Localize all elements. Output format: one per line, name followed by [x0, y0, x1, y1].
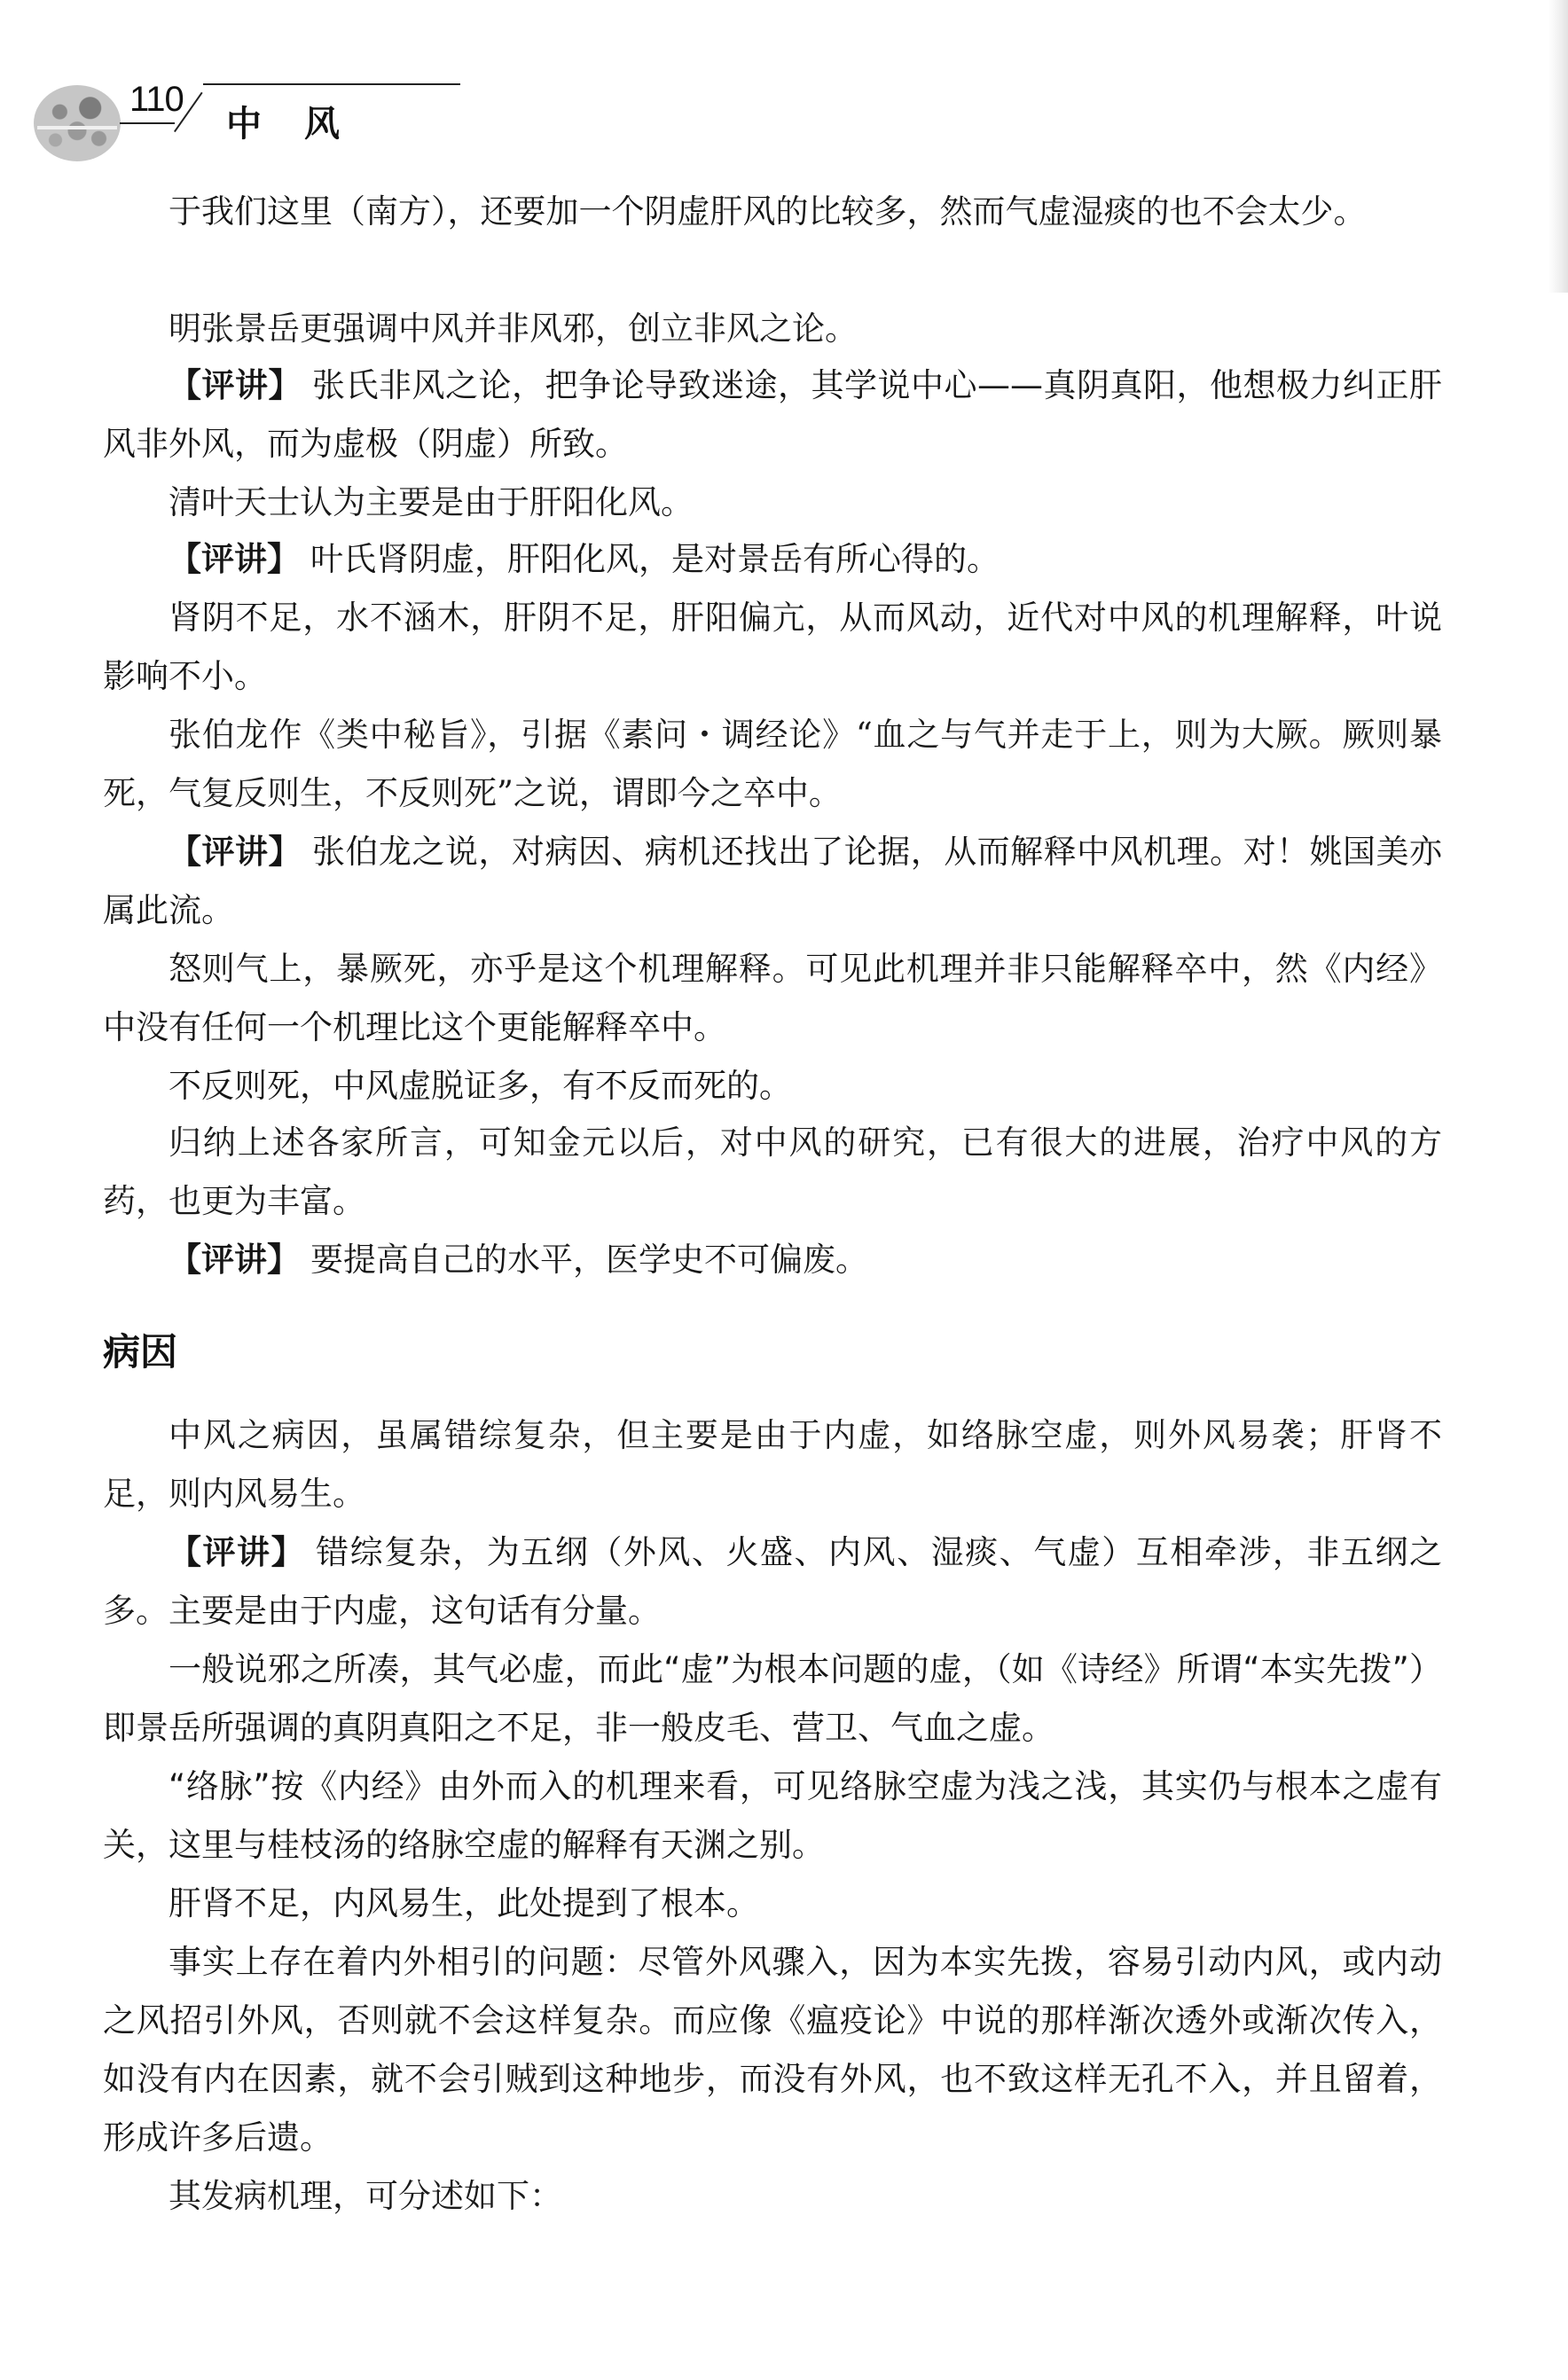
chapter-title: 中风 [226, 105, 382, 144]
quoted-paragraph: 张伯龙作《类中秘旨》，引据《素问・调经论》“血之与气并走于上，则为大厥。厥则暴死… [103, 706, 1442, 823]
paragraph: 不反则死，中风虚脱证多，有不反而死的。 [103, 1057, 1442, 1116]
paragraph-text: 要提高自己的水平，医学史不可偏废。 [310, 1241, 868, 1279]
paragraph-text: 于我们这里（南方），还要加一个阴虚肝风的比较多，然而气虚湿痰的也不会太少。 [169, 192, 1367, 231]
commentary-tag: 【评讲】 [169, 540, 300, 578]
paragraph-text: 事实上存在着内外相引的问题：尽管外风骤入，因为本实先拨，容易引动内风，或内动之风… [103, 1943, 1442, 2157]
paragraph: 事实上存在着内外相引的问题：尽管外风骤入，因为本实先拨，容易引动内风，或内动之风… [103, 1933, 1442, 2167]
page-edge-shadow [1548, 0, 1568, 293]
paragraph-text: 张伯龙作《类中秘旨》，引据《素问・调经论》“血之与气并走于上，则为大厥。厥则暴死… [103, 716, 1442, 812]
page-number: 110 [129, 82, 184, 117]
paragraph: 肝肾不足，内风易生，此处提到了根本。 [103, 1875, 1442, 1933]
paragraph-text: “络脉”按《内经》由外而入的机理来看，可见络脉空虚为浅之浅，其实仍与根本之虚有关… [103, 1767, 1442, 1864]
paragraph-text: 明张景岳更强调中风并非风邪，创立非风之论。 [169, 309, 858, 348]
commentary-tag: 【评讲】 [169, 833, 302, 871]
paragraph: 怒则气上，暴厥死，亦乎是这个机理解释。可见此机理并非只能解释卒中，然《内经》中没… [103, 940, 1442, 1057]
quoted-paragraph: 清叶天士认为主要是由于肝阳化风。 [103, 474, 1442, 532]
landscape-emblem-icon [34, 85, 121, 161]
paragraph-text: 一般说邪之所凑，其气必虚，而此“虚”为根本问题的虚，（如《诗经》所谓“本实先拨”… [103, 1650, 1442, 1747]
paragraph-text: 肾阴不足，水不涵木，肝阴不足，肝阳偏亢，从而风动，近代对中风的机理解释，叶说影响… [103, 599, 1442, 695]
commentary-tag: 【评讲】 [169, 366, 302, 404]
commentary-tag: 【评讲】 [169, 1241, 300, 1279]
quoted-paragraph: 其发病机理，可分述如下： [103, 2167, 1442, 2226]
paragraph-text: 张氏非风之论，把争论导致迷途，其学说中心——真阴真阳，他想极力纠正肝风非外风，而… [103, 366, 1442, 463]
paragraph: 肾阴不足，水不涵木，肝阴不足，肝阳偏亢，从而风动，近代对中风的机理解释，叶说影响… [103, 589, 1442, 706]
running-header: 110 中风 [0, 0, 621, 177]
commentary-paragraph: 【评讲】张氏非风之论，把争论导致迷途，其学说中心——真阴真阳，他想极力纠正肝风非… [103, 356, 1442, 474]
paragraph-text: 其发病机理，可分述如下： [169, 2177, 562, 2215]
section-heading: 病因 [103, 1330, 177, 1374]
quoted-paragraph: 归纳上述各家所言，可知金元以后，对中风的研究，已有很大的进展，治疗中风的方药，也… [103, 1114, 1442, 1231]
commentary-paragraph: 【评讲】张伯龙之说，对病因、病机还找出了论据，从而解释中风机理。对！姚国美亦属此… [103, 823, 1442, 940]
paragraph: 一般说邪之所凑，其气必虚，而此“虚”为根本问题的虚，（如《诗经》所谓“本实先拨”… [103, 1640, 1442, 1758]
commentary-tag: 【评讲】 [169, 1533, 305, 1571]
paragraph-text: 归纳上述各家所言，可知金元以后，对中风的研究，已有很大的进展，治疗中风的方药，也… [103, 1123, 1442, 1220]
commentary-paragraph: 【评讲】要提高自己的水平，医学史不可偏废。 [103, 1231, 1442, 1289]
paragraph-text: 张伯龙之说，对病因、病机还找出了论据，从而解释中风机理。对！姚国美亦属此流。 [103, 833, 1442, 929]
paragraph-text: 中风之病因，虽属错综复杂，但主要是由于内虚，如络脉空虚，则外风易袭；肝肾不足，则… [103, 1416, 1442, 1513]
header-rule-top-extended [203, 83, 460, 85]
paragraph: “络脉”按《内经》由外而入的机理来看，可见络脉空虚为浅之浅，其实仍与根本之虚有关… [103, 1758, 1442, 1875]
header-rule [120, 122, 175, 124]
paragraph: 于我们这里（南方），还要加一个阴虚肝风的比较多，然而气虚湿痰的也不会太少。 [103, 183, 1442, 241]
commentary-paragraph: 【评讲】错综复杂，为五纲（外风、火盛、内风、湿痰、气虚）互相牵涉，非五纲之多。主… [103, 1523, 1442, 1640]
quoted-paragraph: 中风之病因，虽属错综复杂，但主要是由于内虚，如络脉空虚，则外风易袭；肝肾不足，则… [103, 1406, 1442, 1523]
paragraph-text: 怒则气上，暴厥死，亦乎是这个机理解释。可见此机理并非只能解释卒中，然《内经》中没… [103, 950, 1442, 1046]
commentary-paragraph: 【评讲】叶氏肾阴虚，肝阳化风，是对景岳有所心得的。 [103, 530, 1442, 589]
paragraph-text: 叶氏肾阴虚，肝阳化风，是对景岳有所心得的。 [310, 540, 1000, 578]
paragraph-text: 不反则死，中风虚脱证多，有不反而死的。 [169, 1067, 792, 1105]
quoted-paragraph: 明张景岳更强调中风并非风邪，创立非风之论。 [103, 300, 1442, 358]
paragraph-text: 清叶天士认为主要是由于肝阳化风。 [169, 483, 694, 521]
paragraph-text: 肝肾不足，内风易生，此处提到了根本。 [169, 1884, 759, 1922]
